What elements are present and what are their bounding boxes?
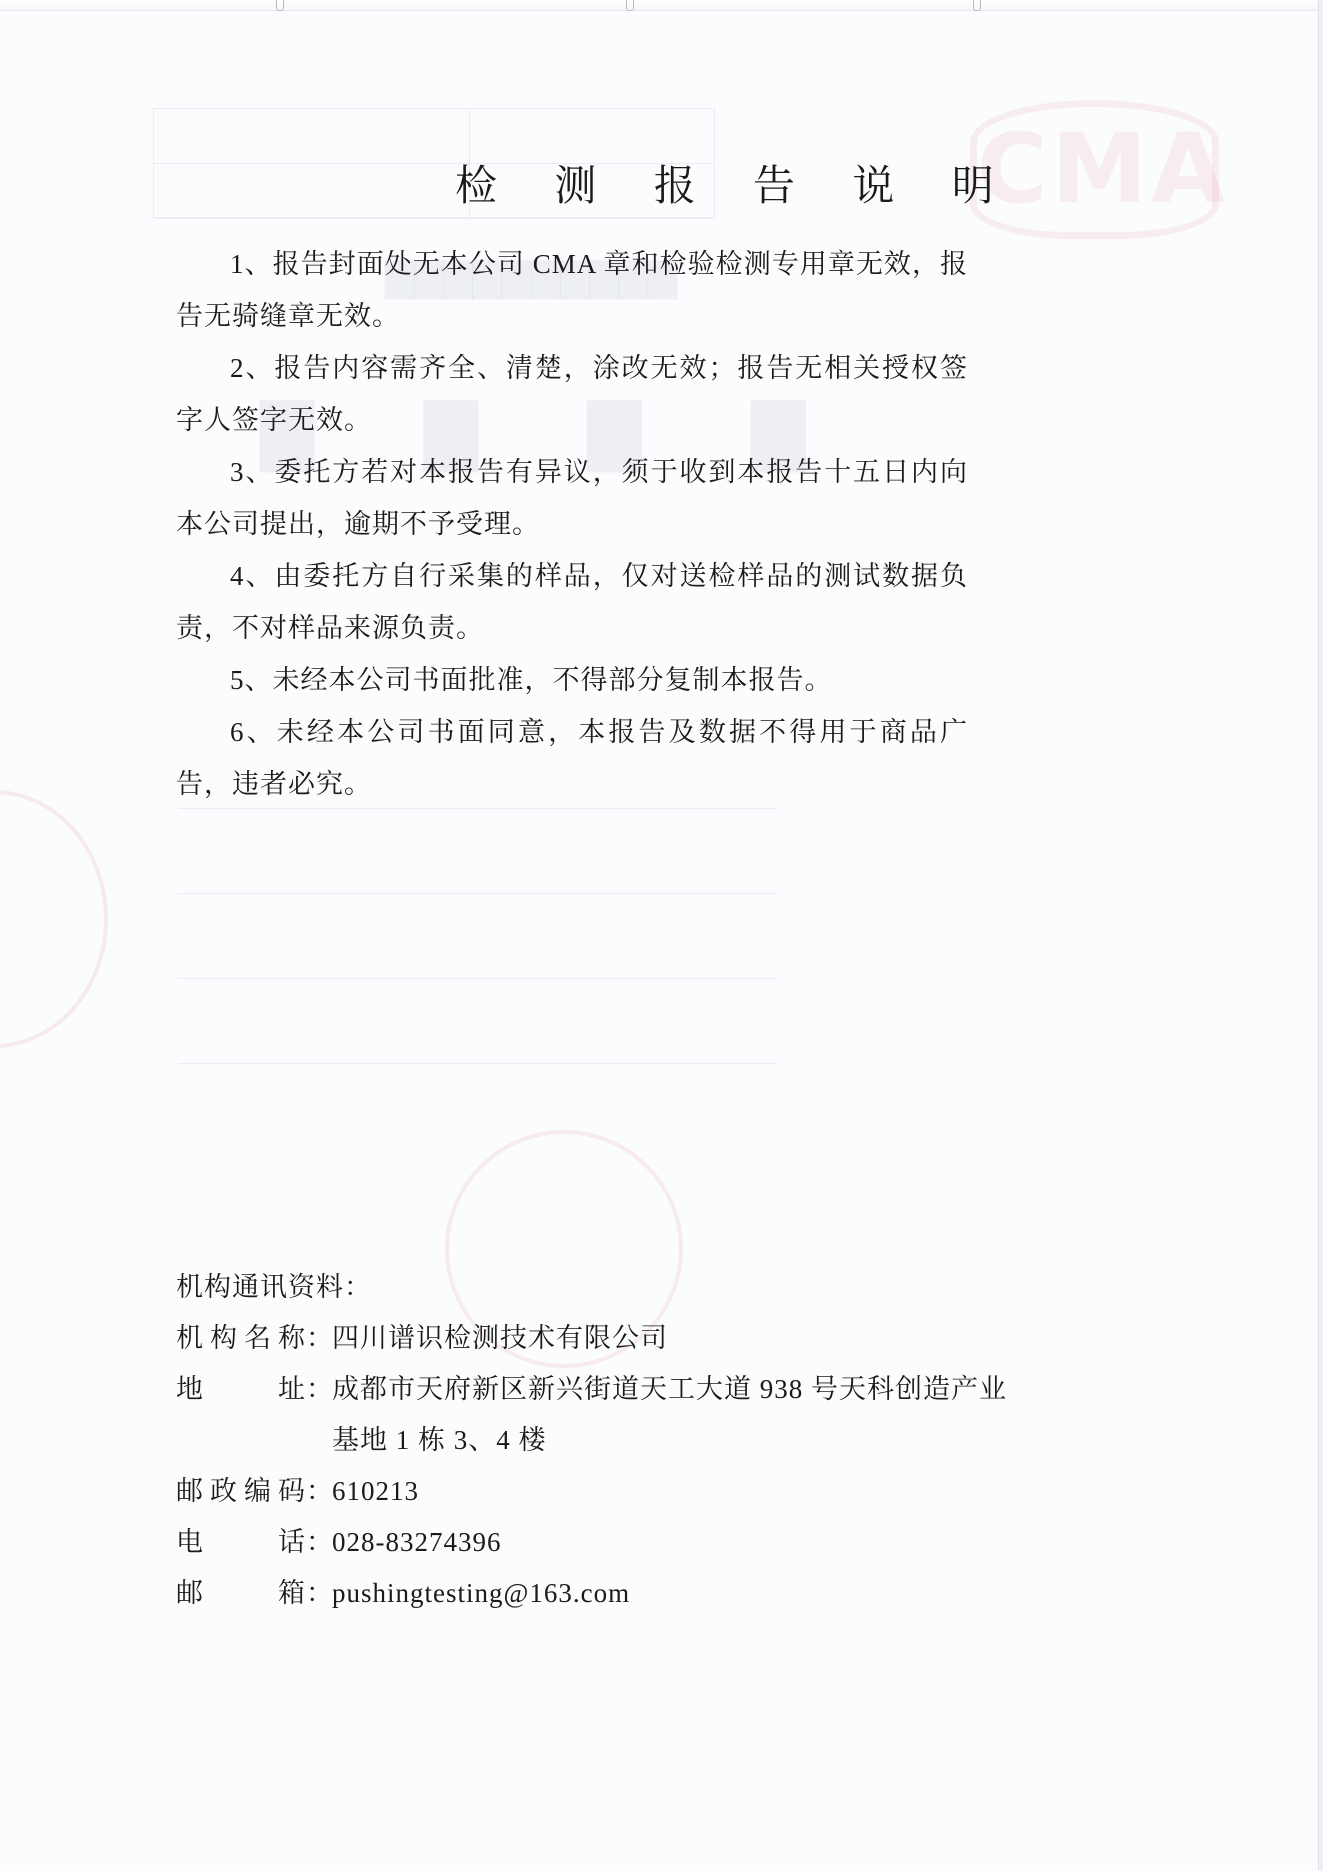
scan-top-edge: [0, 0, 1323, 11]
staple-mark-icon: [276, 0, 284, 11]
staple-mark-icon: [973, 0, 981, 11]
document-page: ▇▇▇▇▇▇▇▇▇▇ ▇▇▇▇ CMA 检 测 报 告 说 明 1、报告封面处无…: [0, 0, 1323, 1871]
address-value: 成都市天府新区新兴街道天工大道 938 号天科创造产业: [332, 1364, 1076, 1415]
phone-value: 028-83274396: [332, 1517, 1076, 1568]
scan-right-edge: [1318, 0, 1323, 1871]
contact-row-email: 邮 箱 ： pushingtesting@163.com: [176, 1568, 1076, 1619]
contact-label: 邮 政 编 码: [176, 1466, 306, 1517]
email-value: pushingtesting@163.com: [332, 1568, 1076, 1619]
contact-label: 地 址: [176, 1364, 306, 1415]
postcode-value: 610213: [332, 1466, 1076, 1517]
seal-stamp-icon: [0, 790, 108, 1048]
bleed-through-rule: [178, 893, 776, 894]
bleed-through-rule: [178, 978, 776, 979]
clause-item: 4、由委托方自行采集的样品，仅对送检样品的测试数据负责，不对样品来源负责。: [176, 550, 968, 654]
contact-row-name: 机 构 名 称 ： 四川谱识检测技术有限公司: [176, 1313, 1076, 1364]
contact-heading: 机构通讯资料：: [176, 1262, 1076, 1313]
staple-mark-icon: [626, 0, 634, 11]
contact-label: 机 构 名 称: [176, 1313, 306, 1364]
contact-label: 邮 箱: [176, 1568, 306, 1619]
contact-row-postcode: 邮 政 编 码 ： 610213: [176, 1466, 1076, 1517]
contact-row-address: 地 址 ： 成都市天府新区新兴街道天工大道 938 号天科创造产业: [176, 1364, 1076, 1415]
contact-label: 电 话: [176, 1517, 306, 1568]
clause-item: 1、报告封面处无本公司 CMA 章和检验检测专用章无效，报告无骑缝章无效。: [176, 238, 968, 342]
bleed-through-rule: [178, 1063, 776, 1064]
clause-list: 1、报告封面处无本公司 CMA 章和检验检测专用章无效，报告无骑缝章无效。 2、…: [176, 238, 968, 810]
organization-name: 四川谱识检测技术有限公司: [332, 1313, 1076, 1364]
page-title: 检 测 报 告 说 明: [455, 160, 1016, 212]
clause-item: 2、报告内容需齐全、清楚，涂改无效；报告无相关授权签字人签字无效。: [176, 342, 968, 446]
clause-item: 6、未经本公司书面同意，本报告及数据不得用于商品广告，违者必究。: [176, 706, 968, 810]
contact-row-phone: 电 话 ： 028-83274396: [176, 1517, 1076, 1568]
address-value-continued: 基地 1 栋 3、4 楼: [176, 1415, 1076, 1466]
clause-item: 5、未经本公司书面批准，不得部分复制本报告。: [176, 654, 968, 706]
clause-item: 3、委托方若对本报告有异议，须于收到本报告十五日内向本公司提出，逾期不予受理。: [176, 446, 968, 550]
contact-info-section: 机构通讯资料： 机 构 名 称 ： 四川谱识检测技术有限公司 地 址 ： 成都市…: [176, 1262, 1076, 1619]
